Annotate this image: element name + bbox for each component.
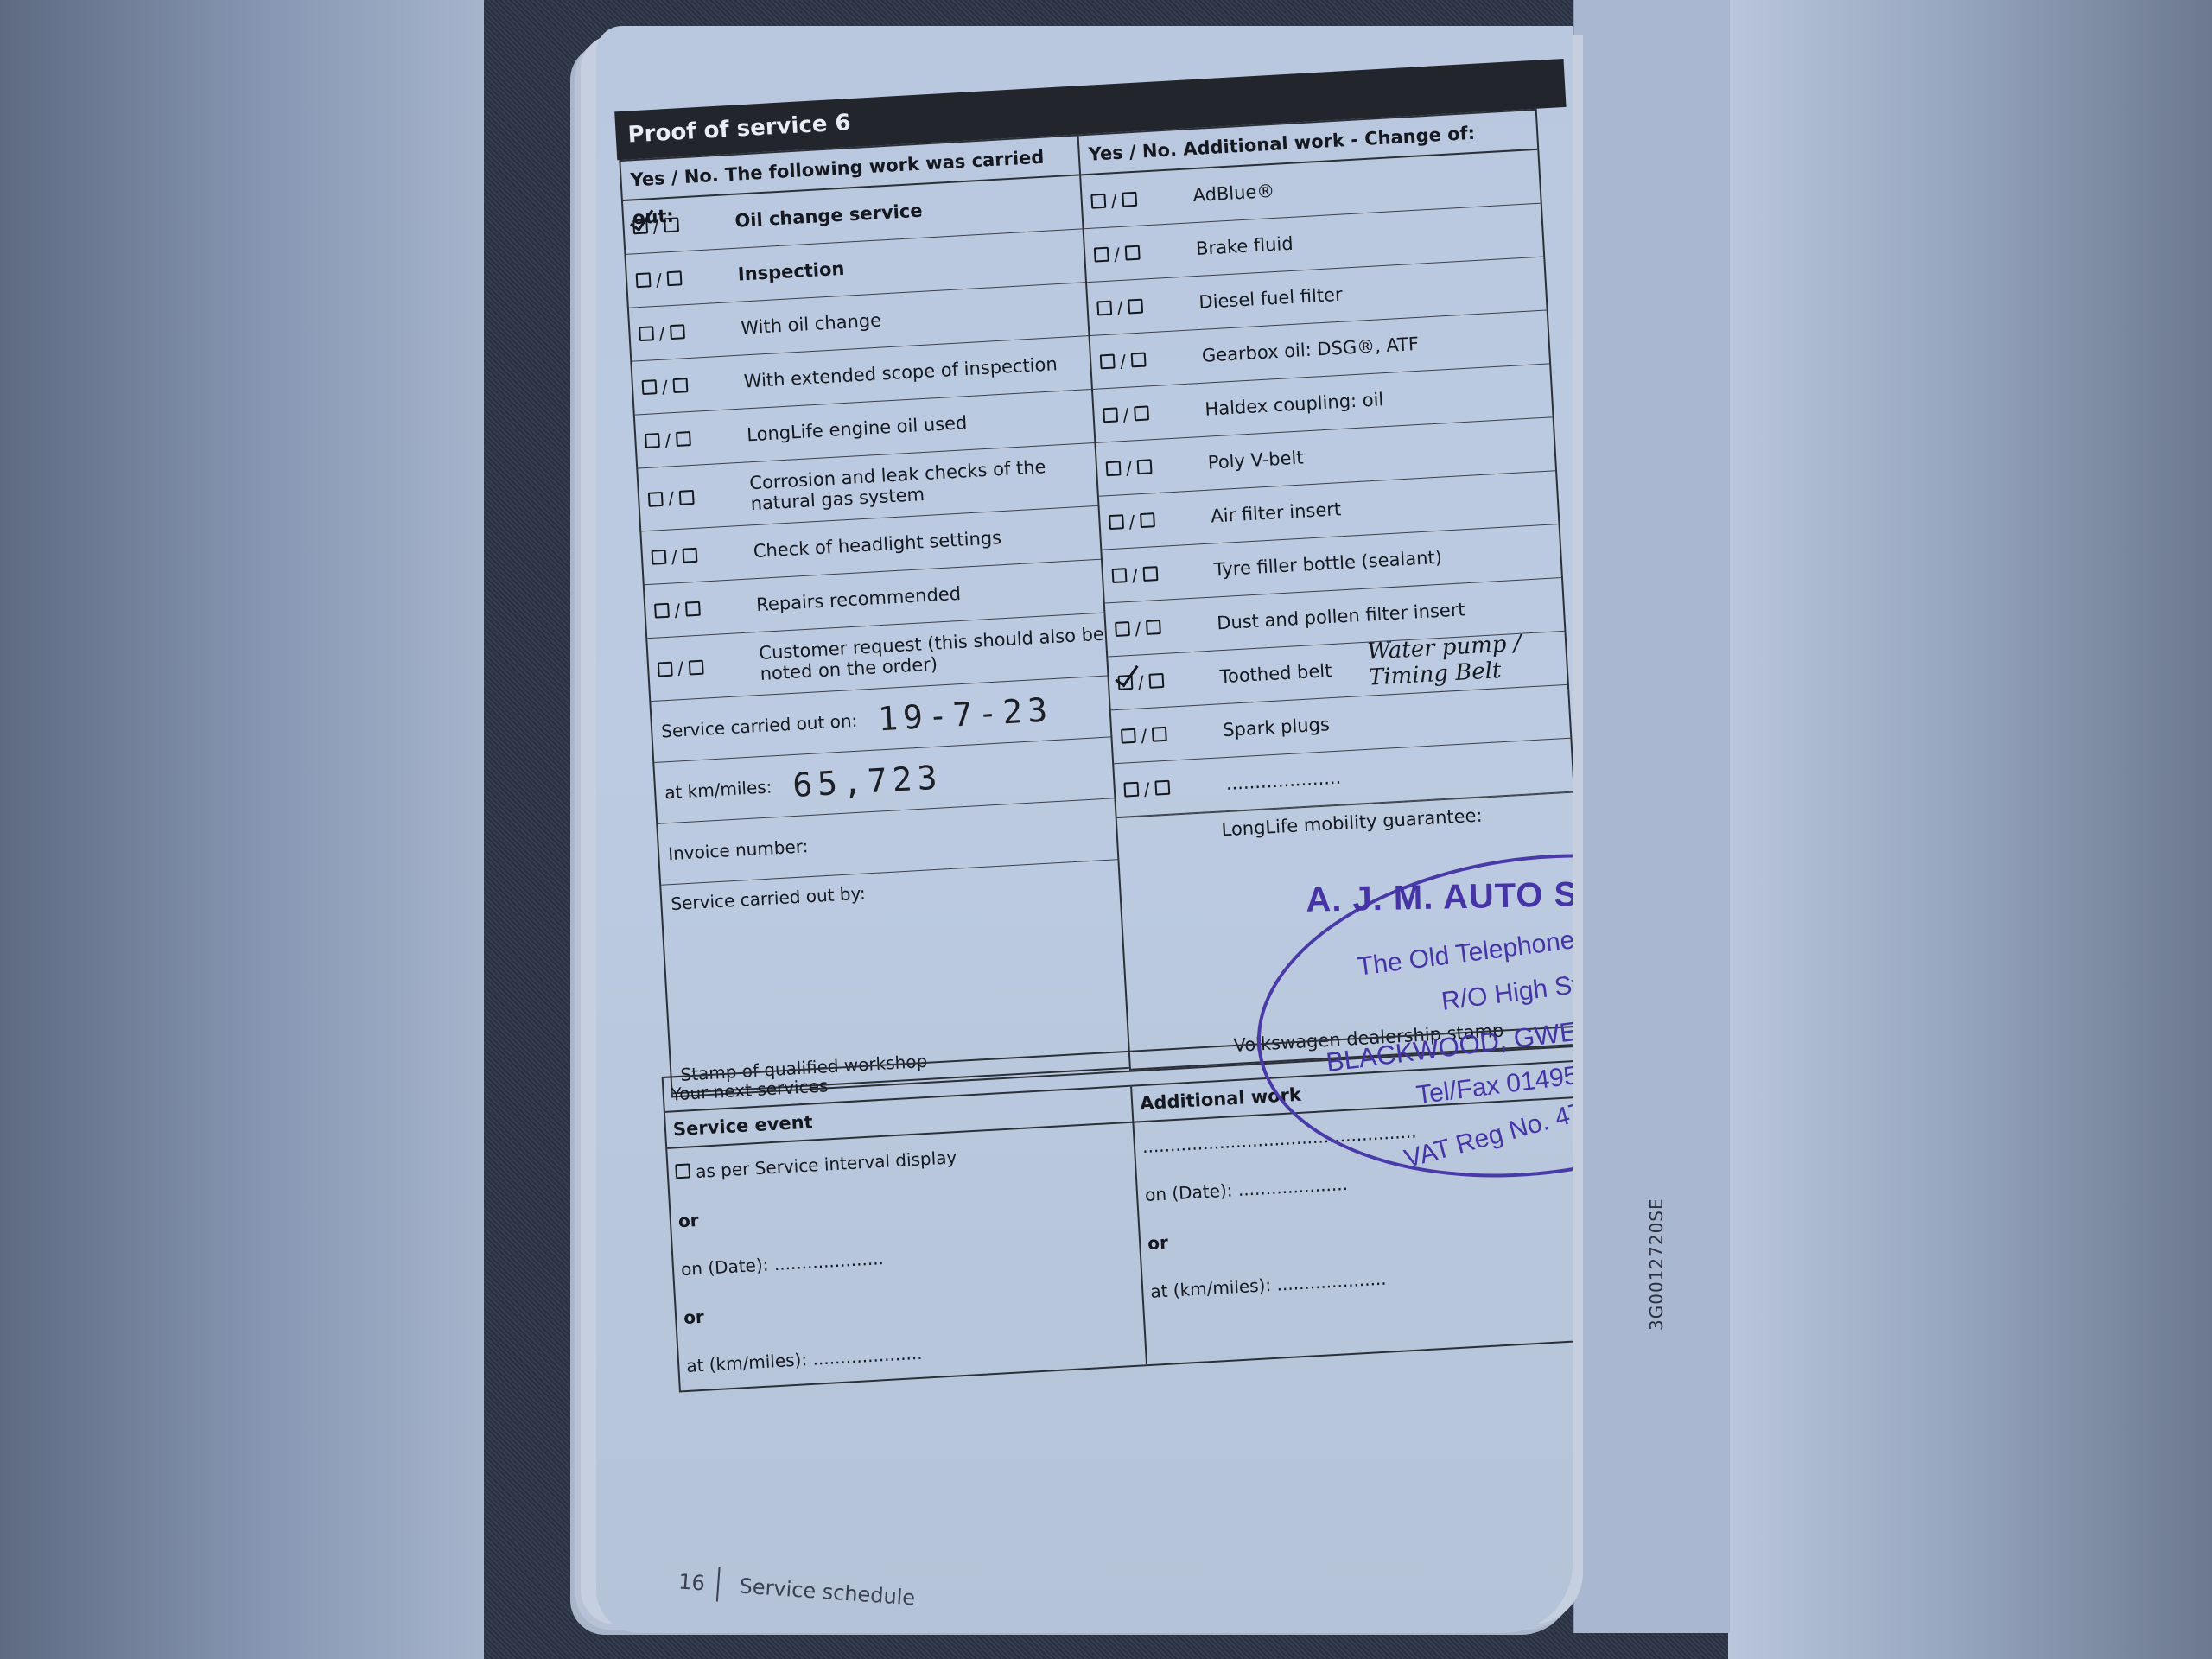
no-checkbox[interactable] bbox=[1130, 352, 1146, 367]
yes-no-checkboxes: / bbox=[639, 485, 727, 511]
slash-separator: / bbox=[1114, 243, 1121, 264]
yes-checkbox[interactable] bbox=[1109, 514, 1124, 530]
yes-no-checkboxes: / bbox=[630, 320, 717, 346]
yes-checkbox[interactable] bbox=[1117, 675, 1133, 690]
additional-item-label: AdBlue® bbox=[1168, 181, 1275, 207]
slash-separator: / bbox=[652, 215, 659, 236]
additional-item-label: Diesel fuel filter bbox=[1174, 284, 1343, 315]
yes-no-checkboxes: / bbox=[642, 543, 729, 569]
yes-no-checkboxes: / bbox=[1112, 721, 1199, 747]
slash-separator: / bbox=[1122, 404, 1129, 424]
work-item-label: Inspection bbox=[713, 258, 845, 287]
slash-separator: / bbox=[658, 322, 665, 343]
yes-checkbox[interactable] bbox=[658, 661, 673, 677]
yes-no-checkboxes: / bbox=[1082, 187, 1169, 213]
yes-checkbox[interactable] bbox=[636, 272, 652, 288]
slash-separator: / bbox=[1141, 725, 1147, 746]
yes-checkbox[interactable] bbox=[1115, 621, 1130, 637]
no-checkbox[interactable] bbox=[685, 601, 701, 617]
additional-item-label: Brake fluid bbox=[1171, 233, 1294, 261]
no-checkbox[interactable] bbox=[1140, 512, 1155, 528]
service-booklet-page: Proof of service 6 Yes / No. The followi… bbox=[596, 26, 1573, 1633]
no-checkbox[interactable] bbox=[1128, 299, 1143, 315]
no-checkbox[interactable] bbox=[1152, 727, 1167, 742]
yes-checkbox[interactable] bbox=[1103, 407, 1118, 423]
yes-checkbox[interactable] bbox=[1121, 728, 1136, 744]
work-carried-out-column: Yes / No. The following work was carried… bbox=[620, 136, 1131, 1096]
yes-no-checkboxes: / bbox=[626, 266, 714, 292]
yes-no-checkboxes: / bbox=[1096, 454, 1184, 480]
work-item-label: LongLife engine oil used bbox=[722, 413, 968, 448]
additional-item-label: Toothed belt bbox=[1195, 660, 1332, 689]
slash-separator: / bbox=[1137, 671, 1144, 692]
work-item-label: With oil change bbox=[716, 310, 882, 340]
yes-no-checkboxes: / bbox=[1106, 614, 1193, 640]
work-item-label: Check of headlight settings bbox=[728, 528, 1001, 564]
slash-separator: / bbox=[1143, 779, 1150, 799]
no-checkbox[interactable] bbox=[676, 431, 691, 447]
slash-separator: / bbox=[1131, 564, 1138, 585]
no-checkbox[interactable] bbox=[672, 378, 688, 393]
yes-checkbox[interactable] bbox=[652, 550, 667, 565]
page-number: 16 bbox=[677, 1564, 720, 1601]
dealership-stamp-cell: LongLife mobility guarantee: Volkswagen … bbox=[1117, 792, 1573, 1071]
yes-no-checkboxes: / bbox=[632, 373, 720, 399]
no-checkbox[interactable] bbox=[678, 489, 694, 505]
yes-checkbox[interactable] bbox=[632, 219, 648, 234]
back-page-code: 3G0012720SE bbox=[1646, 1198, 1667, 1331]
work-item-label: Customer request (this should also be no… bbox=[734, 623, 1107, 685]
additional-item-label: Gearbox oil: DSG®, ATF bbox=[1177, 334, 1419, 368]
slash-separator: / bbox=[677, 658, 684, 678]
yes-no-checkboxes: / bbox=[624, 213, 711, 238]
no-checkbox[interactable] bbox=[682, 548, 697, 563]
slash-separator: / bbox=[1125, 457, 1132, 478]
yes-checkbox[interactable] bbox=[648, 491, 664, 506]
next-services-table: Your next services Service event as per … bbox=[662, 1025, 1573, 1393]
yes-checkbox[interactable] bbox=[1106, 461, 1122, 476]
slash-separator: / bbox=[664, 429, 671, 450]
yes-checkbox[interactable] bbox=[642, 379, 658, 395]
yes-no-checkboxes: / bbox=[1115, 775, 1202, 801]
yes-no-checkboxes: / bbox=[1109, 668, 1196, 694]
service-date-label: Service carried out on: bbox=[661, 710, 858, 742]
no-checkbox[interactable] bbox=[1134, 405, 1149, 421]
service-form: Proof of service 6 Yes / No. The followi… bbox=[596, 26, 1573, 1633]
no-checkbox[interactable] bbox=[1146, 620, 1161, 635]
work-item-label: Repairs recommended bbox=[732, 583, 962, 617]
slash-separator: / bbox=[671, 546, 677, 567]
mileage-value: 65,723 bbox=[791, 758, 943, 804]
work-item-label: Oil change service bbox=[710, 200, 923, 233]
yes-checkbox[interactable] bbox=[1096, 301, 1112, 316]
slash-separator: / bbox=[1128, 511, 1135, 531]
service-event-column: Service event as per Service interval di… bbox=[665, 1087, 1147, 1391]
next-additional-work-column: Additional work ........................… bbox=[1132, 1061, 1573, 1365]
additional-item-label: Tyre filler bottle (sealant) bbox=[1189, 547, 1442, 582]
yes-no-checkboxes: / bbox=[645, 596, 733, 622]
slash-separator: / bbox=[655, 269, 662, 289]
yes-no-checkboxes: / bbox=[1091, 347, 1179, 373]
background-left bbox=[0, 0, 484, 1659]
yes-checkbox[interactable] bbox=[1112, 568, 1128, 583]
background-right bbox=[1728, 0, 2212, 1659]
slash-separator: / bbox=[1135, 618, 1141, 639]
no-checkbox[interactable] bbox=[1154, 780, 1170, 796]
slash-separator: / bbox=[661, 376, 668, 397]
additional-item-label: Dust and pollen filter insert bbox=[1192, 600, 1466, 636]
no-checkbox[interactable] bbox=[1148, 673, 1164, 689]
handwritten-note: Water pump / Timing Belt bbox=[1367, 628, 1567, 691]
slash-separator: / bbox=[674, 600, 681, 620]
service-table: Yes / No. The following work was carried… bbox=[619, 109, 1573, 1098]
additional-work-column: Yes / No. Additional work - Change of: /… bbox=[1079, 111, 1573, 1071]
yes-checkbox[interactable] bbox=[645, 433, 660, 448]
yes-checkbox[interactable] bbox=[1100, 353, 1116, 369]
no-checkbox[interactable] bbox=[1122, 192, 1137, 207]
invoice-number-label: Invoice number: bbox=[668, 836, 809, 864]
additional-item-label: Spark plugs bbox=[1198, 715, 1331, 743]
work-item-label: With extended scope of inspection bbox=[719, 354, 1058, 394]
mileage-label: at km/miles: bbox=[664, 776, 772, 803]
yes-no-checkboxes: / bbox=[636, 426, 723, 452]
yes-checkbox[interactable] bbox=[654, 603, 670, 619]
yes-no-checkboxes: / bbox=[1100, 508, 1187, 534]
yes-no-checkboxes: / bbox=[649, 655, 736, 681]
yes-checkbox[interactable] bbox=[1123, 782, 1139, 798]
no-checkbox[interactable] bbox=[688, 659, 703, 675]
interval-display-label: as per Service interval display bbox=[695, 1147, 957, 1182]
interval-display-checkbox[interactable] bbox=[675, 1163, 690, 1179]
additional-item-label: Haldex coupling: oil bbox=[1180, 390, 1384, 422]
no-checkbox[interactable] bbox=[1142, 566, 1158, 582]
additional-item-label: Poly V-belt bbox=[1183, 448, 1304, 475]
additional-item-label: .................... bbox=[1201, 767, 1342, 796]
service-date-value: 19-7-23 bbox=[877, 690, 1053, 738]
yes-no-checkboxes: / bbox=[1094, 401, 1181, 427]
yes-no-checkboxes: / bbox=[1088, 294, 1175, 320]
form-title: Proof of service 6 bbox=[627, 110, 851, 148]
yes-no-checkboxes: / bbox=[1103, 562, 1190, 588]
slash-separator: / bbox=[668, 487, 675, 508]
longlife-guarantee-label: LongLife mobility guarantee: bbox=[1221, 805, 1483, 841]
no-checkbox[interactable] bbox=[1125, 245, 1141, 261]
back-cover-page bbox=[1573, 0, 1730, 1633]
no-checkbox[interactable] bbox=[670, 324, 685, 340]
no-checkbox[interactable] bbox=[666, 270, 682, 286]
yes-checkbox[interactable] bbox=[1094, 247, 1109, 263]
slash-separator: / bbox=[1110, 190, 1117, 211]
additional-item-label: Air filter insert bbox=[1186, 499, 1342, 529]
yes-no-checkboxes: / bbox=[1085, 240, 1173, 266]
work-item-label: Corrosion and leak checks of the natural… bbox=[725, 454, 1097, 516]
no-checkbox[interactable] bbox=[664, 217, 679, 232]
yes-checkbox[interactable] bbox=[639, 326, 654, 341]
slash-separator: / bbox=[1116, 296, 1123, 317]
no-checkbox[interactable] bbox=[1136, 459, 1152, 474]
slash-separator: / bbox=[1120, 350, 1127, 371]
yes-checkbox[interactable] bbox=[1090, 194, 1106, 209]
